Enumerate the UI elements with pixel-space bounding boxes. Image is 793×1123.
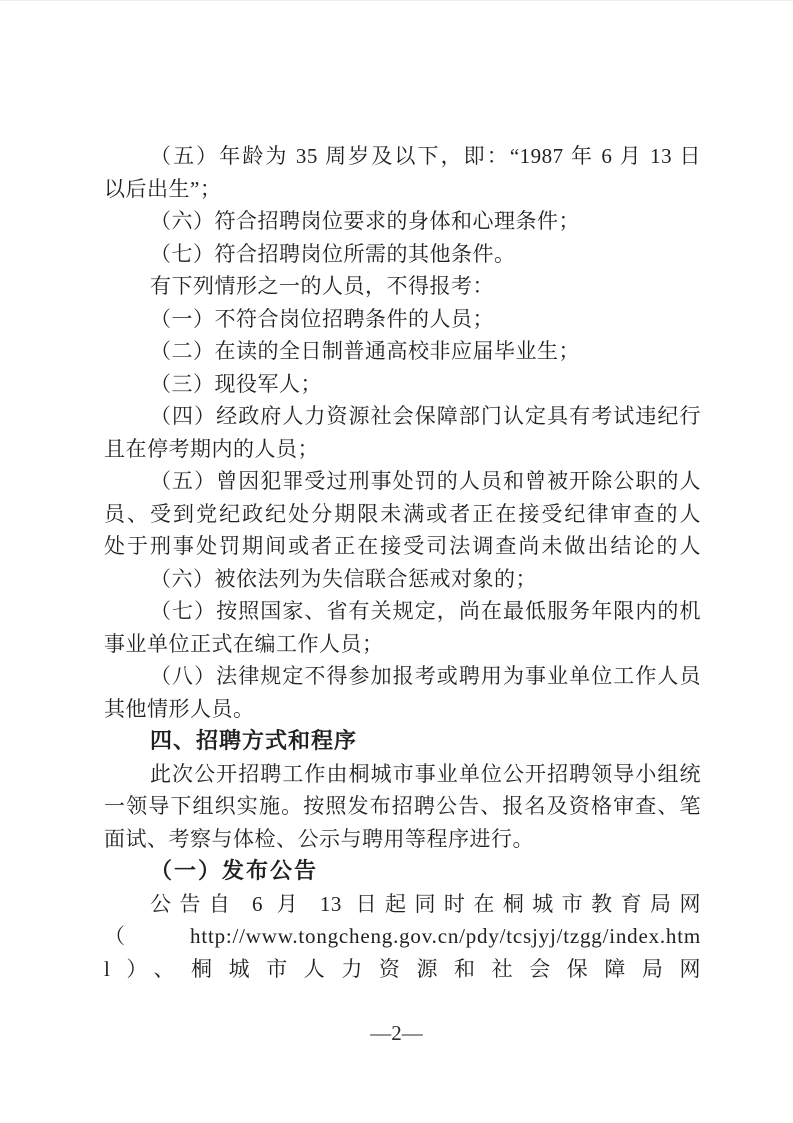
list-item-line: （五）曾因犯罪受过刑事处罚的人员和曾被开除公职的人 bbox=[104, 465, 701, 498]
paragraph-line: l）、桐城市人力资源和社会保障局网 bbox=[104, 953, 701, 986]
paragraph-line: 公告自 6 月 13 日起同时在桐城市教育局网 bbox=[104, 888, 701, 921]
list-item-line: 事业单位正式在编工作人员； bbox=[104, 628, 701, 661]
list-item-line: （四）经政府人力资源社会保障部门认定具有考试违纪行为 bbox=[104, 400, 701, 433]
section-heading: 四、招聘方式和程序 bbox=[104, 725, 701, 758]
paragraph-line: 面试、考察与体检、公示与聘用等程序进行。 bbox=[104, 823, 701, 856]
page-number: —2— bbox=[0, 1017, 793, 1049]
list-item-line: （一）不符合岗位招聘条件的人员； bbox=[104, 303, 701, 336]
list-item-line: 处于刑事处罚期间或者正在接受司法调查尚未做出结论的人员； bbox=[104, 530, 701, 563]
paragraph-line: 有下列情形之一的人员，不得报考： bbox=[104, 270, 701, 303]
list-item-line: （二）在读的全日制普通高校非应届毕业生； bbox=[104, 335, 701, 368]
document-body: （五）年龄为 35 周岁及以下，即：“1987 年 6 月 13 日（含） 以后… bbox=[104, 140, 701, 985]
paragraph-line: 此次公开招聘工作由桐城市事业单位公开招聘领导小组统 bbox=[104, 758, 701, 791]
document-page: （五）年龄为 35 周岁及以下，即：“1987 年 6 月 13 日（含） 以后… bbox=[0, 0, 793, 1123]
list-item-line: 其他情形人员。 bbox=[104, 693, 701, 726]
url-line: （http://www.tongcheng.gov.cn/pdy/tcsjyj/… bbox=[104, 920, 701, 953]
list-item-line: 且在停考期内的人员； bbox=[104, 433, 701, 466]
paragraph-line: （七）符合招聘岗位所需的其他条件。 bbox=[104, 238, 701, 271]
paragraph-line: （六）符合招聘岗位要求的身体和心理条件； bbox=[104, 205, 701, 238]
paragraph-line: 一领导下组织实施。按照发布招聘公告、报名及资格审查、笔试、 bbox=[104, 790, 701, 823]
paragraph-line: 以后出生”； bbox=[104, 173, 701, 206]
list-item-line: （七）按照国家、省有关规定，尚在最低服务年限内的机关、 bbox=[104, 595, 701, 628]
paragraph-line: （五）年龄为 35 周岁及以下，即：“1987 年 6 月 13 日（含） bbox=[104, 140, 701, 173]
list-item-line: （八）法律规定不得参加报考或聘用为事业单位工作人员的 bbox=[104, 660, 701, 693]
list-item-line: （六）被依法列为失信联合惩戒对象的； bbox=[104, 563, 701, 596]
list-item-line: 员、受到党纪政纪处分期限未满或者正在接受纪律审查的人员、 bbox=[104, 498, 701, 531]
list-item-line: （三）现役军人； bbox=[104, 368, 701, 401]
subsection-heading: （一）发布公告 bbox=[104, 855, 701, 888]
